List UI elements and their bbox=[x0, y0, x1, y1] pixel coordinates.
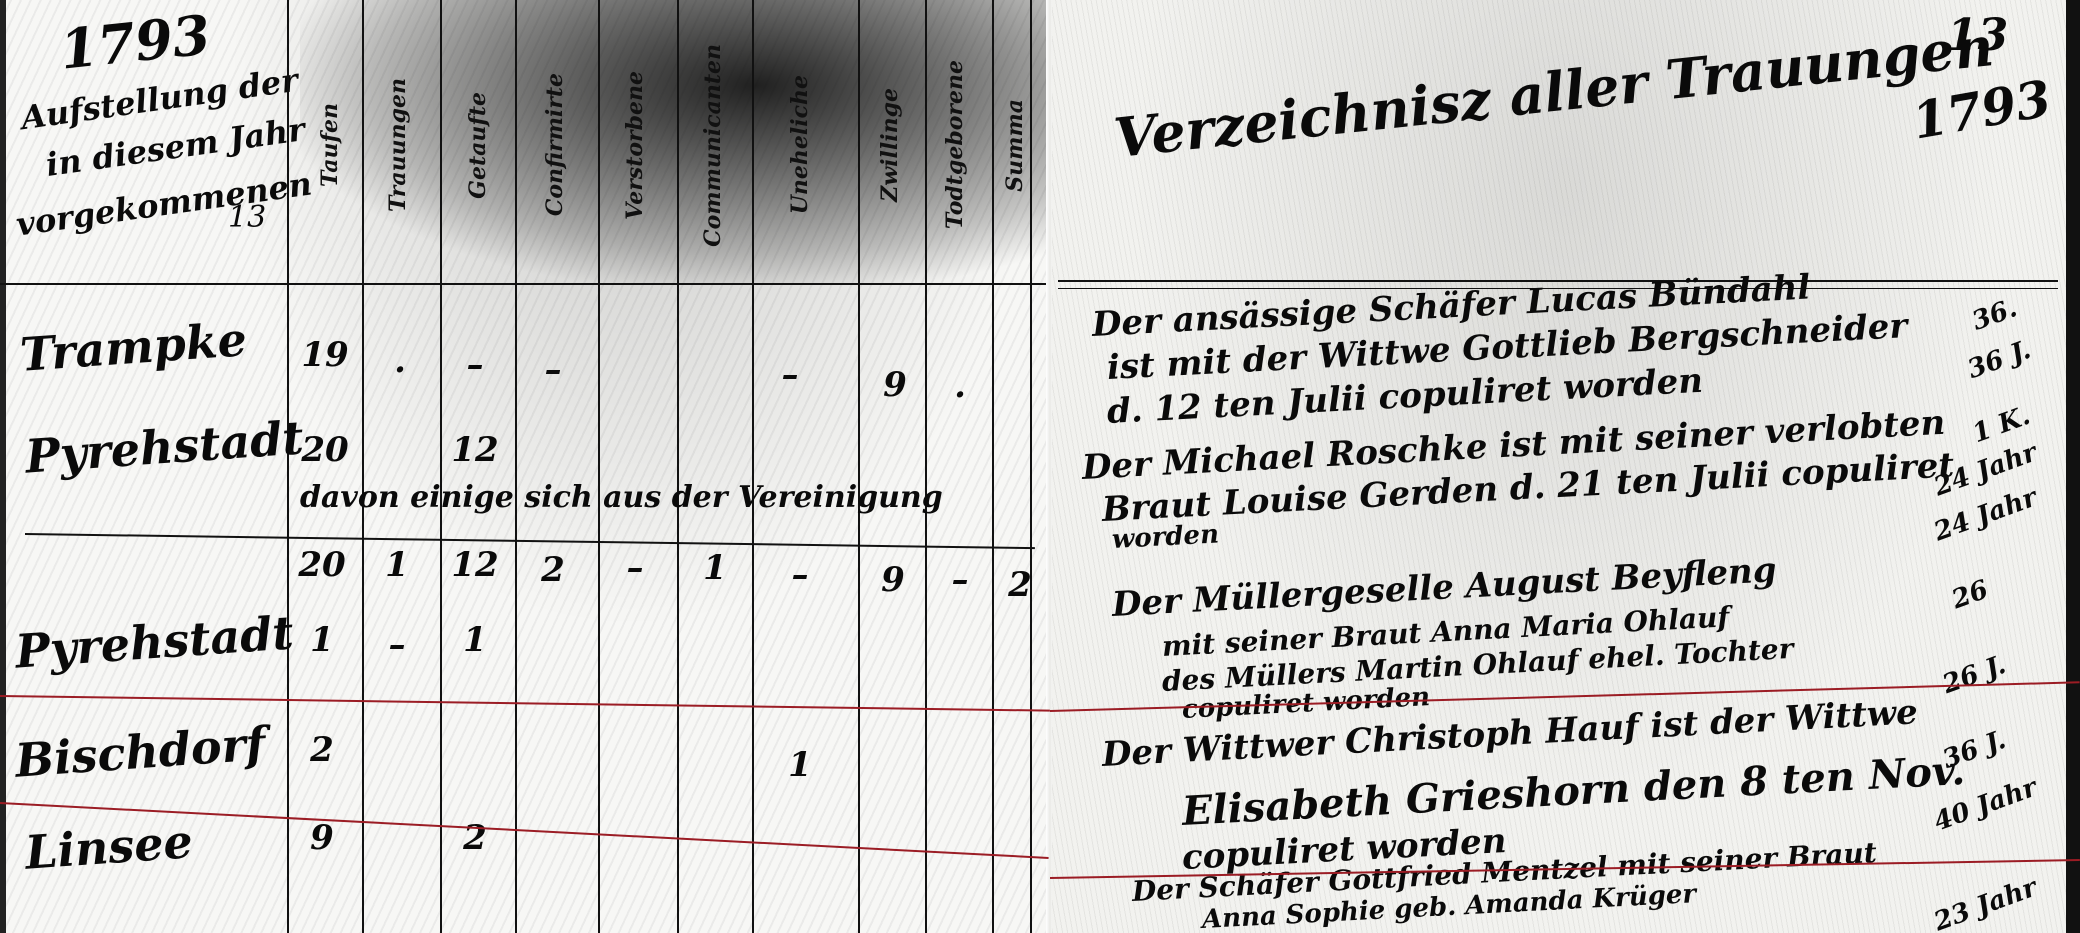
column-header: Summa bbox=[985, 10, 1045, 280]
cell: – bbox=[362, 625, 432, 665]
age-note: 36 J. bbox=[1939, 725, 2010, 775]
folio-mark: 13 bbox=[228, 200, 266, 235]
column-header: Communicanten bbox=[683, 10, 743, 280]
column-divider bbox=[992, 0, 994, 933]
column-divider bbox=[1030, 0, 1032, 933]
cell: 9 bbox=[860, 365, 930, 405]
column-header: Getaufte bbox=[448, 10, 508, 280]
cell: 1 bbox=[765, 745, 835, 785]
column-header: Uneheliche bbox=[770, 10, 830, 280]
column-divider bbox=[925, 0, 927, 933]
age-note: 36. bbox=[1968, 293, 2021, 337]
page-number: 13 bbox=[1947, 10, 2008, 61]
cell: 2 bbox=[287, 730, 357, 770]
column-divider bbox=[677, 0, 679, 933]
column-header: Confirmirte bbox=[525, 10, 585, 280]
subtotal-cell: 1 bbox=[362, 545, 432, 585]
cell: · bbox=[925, 375, 995, 415]
column-header: Verstorbene bbox=[605, 10, 665, 280]
place-name: Bischdorf bbox=[13, 716, 267, 787]
cell: – bbox=[518, 350, 588, 390]
subtotal-cell: 2 bbox=[518, 550, 588, 590]
marriage-entry-line: worden bbox=[1111, 519, 1219, 555]
age-note: 26 J. bbox=[1939, 650, 2010, 700]
place-name: Pyrehstadt bbox=[23, 410, 305, 483]
cell: – bbox=[440, 345, 510, 385]
cell: 9 bbox=[287, 818, 357, 858]
cell: · bbox=[365, 350, 435, 390]
column-divider bbox=[362, 0, 364, 933]
column-divider bbox=[598, 0, 600, 933]
left-year: 1793 bbox=[57, 2, 213, 81]
subtotal-cell: 20 bbox=[287, 545, 357, 585]
cell: 1 bbox=[287, 620, 357, 660]
age-note: 36 J. bbox=[1964, 335, 2035, 385]
age-note: 23 Jahr bbox=[1930, 873, 2041, 933]
place-name: Trampke bbox=[18, 312, 248, 382]
subtotal-cell: 1 bbox=[680, 548, 750, 588]
subtotal-rule bbox=[25, 533, 1035, 549]
column-divider bbox=[515, 0, 517, 933]
cell: 19 bbox=[290, 335, 360, 375]
header-rule bbox=[0, 283, 1052, 285]
column-divider bbox=[287, 0, 289, 933]
page-edge bbox=[0, 0, 6, 933]
column-header: Todtgeborene bbox=[925, 10, 985, 280]
column-divider bbox=[752, 0, 754, 933]
column-divider bbox=[858, 0, 860, 933]
cell: 20 bbox=[290, 430, 360, 470]
cell: 2 bbox=[440, 818, 510, 858]
column-header: Trauungen bbox=[368, 10, 428, 280]
age-note: 26 bbox=[1948, 575, 1992, 616]
right-page: Verzeichnisz aller Trauungen 13 1793 Der… bbox=[1052, 0, 2080, 933]
place-name: Pyrehstadt bbox=[13, 605, 295, 678]
subtotal-cell: 12 bbox=[440, 545, 510, 585]
subtotal-cell: – bbox=[765, 555, 835, 595]
right-heading: Verzeichnisz aller Trauungen bbox=[1111, 14, 1996, 170]
subtotal-cell: – bbox=[600, 548, 670, 588]
subtotal-cell: 2 bbox=[985, 565, 1052, 605]
cell: – bbox=[755, 355, 825, 395]
cell: 12 bbox=[440, 430, 510, 470]
subtotal-cell: 9 bbox=[858, 560, 928, 600]
cell: 1 bbox=[440, 620, 510, 660]
place-name: Linsee bbox=[23, 814, 194, 880]
column-header: Taufen bbox=[300, 10, 360, 280]
left-page: 1793 Aufstellung der in diesem Jahr vorg… bbox=[0, 0, 1052, 933]
row-note: davon einige sich aus der Vereinigung bbox=[300, 480, 943, 515]
column-header: Zwillinge bbox=[860, 10, 920, 280]
page-edge bbox=[2066, 0, 2080, 933]
